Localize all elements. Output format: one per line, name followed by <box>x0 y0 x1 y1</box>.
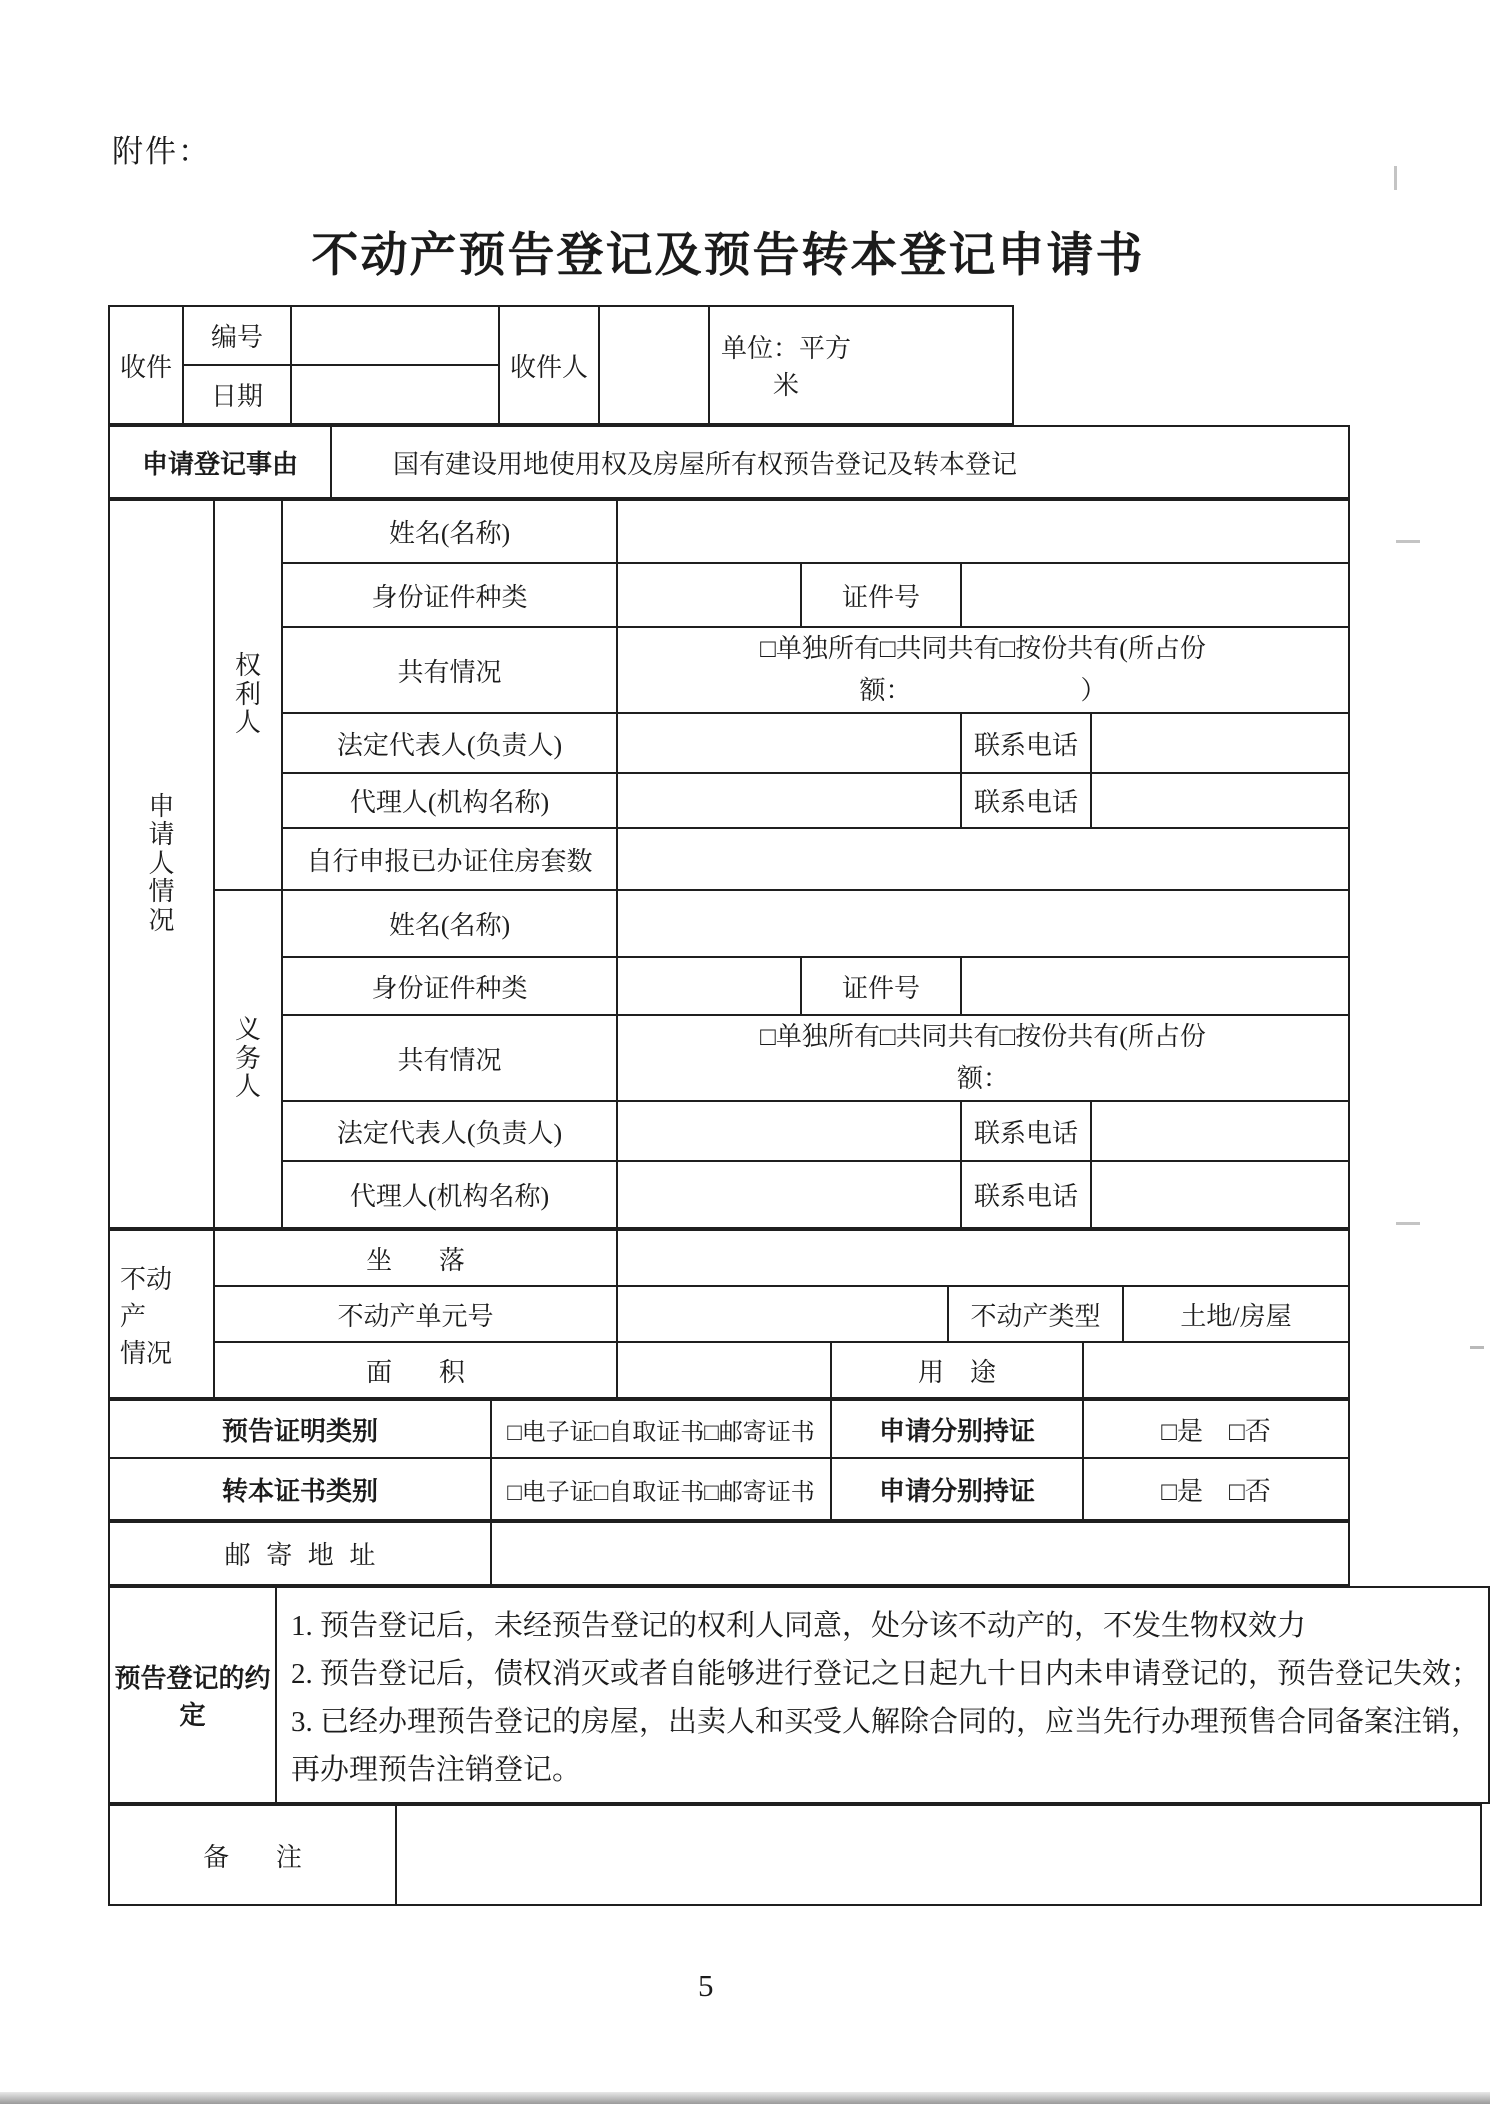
obligor-chars: 义 务 人 <box>215 1016 281 1102</box>
number-field <box>291 306 499 365</box>
attachment-label: 附件： <box>112 126 211 171</box>
transfer-cert-type-label: 转本证书类别 <box>109 1458 491 1520</box>
applicant-side-label: 申 请 人 情 况 <box>109 500 214 1228</box>
transfer-cert-options: □电子证□自取证书□邮寄证书 <box>491 1458 831 1520</box>
transfer-hold-separately-label: 申请分别持证 <box>831 1458 1083 1520</box>
notice-cert-type-label: 预告证明类别 <box>109 1400 491 1458</box>
estate-type-label: 不动产类型 <box>948 1286 1123 1342</box>
share-line2: 额： <box>618 1058 1348 1100</box>
scanner-edge-artifact <box>0 2092 1490 2104</box>
side-char: 情 <box>148 878 174 907</box>
recipient-field <box>599 306 709 424</box>
application-form: 收件 编号 收件人 单位：平方米 日期 申请登记事由 国有建设用地使用权及房屋所… <box>108 305 1490 1906</box>
side-char: 人 <box>235 1073 261 1102</box>
rights-agent-label: 代理人(机构名称) <box>282 773 617 828</box>
rights-phone-field <box>1091 713 1349 773</box>
rights-share-options: □单独所有□共同共有□按份共有(所占份 额： ） <box>617 627 1349 713</box>
agreement-line: 2. 预告登记后，债权消灭或者自能够进行登记之日起九十日内未申请登记的，预告登记… <box>291 1650 1480 1698</box>
estate-side-label: 不动 产 情况 <box>109 1230 214 1398</box>
rights-name-field <box>617 500 1349 563</box>
estate-table: 不动 产 情况 坐落 不动产单元号 不动产类型 土地/房屋 面积 用途 <box>108 1229 1350 1399</box>
rights-agent-phone-field <box>1091 773 1349 828</box>
obligor-agent-phone-label: 联系电话 <box>961 1161 1091 1228</box>
agreement-line: 3. 已经办理预告登记的房屋，出卖人和买受人解除合同的，应当先行办理预售合同备案… <box>291 1698 1480 1746</box>
unit-no-label: 不动产单元号 <box>214 1286 617 1342</box>
rights-id-no-field <box>961 563 1349 627</box>
rights-agent-phone-label: 联系电话 <box>961 773 1091 828</box>
side-char: 人 <box>148 850 174 879</box>
receive-label: 收件 <box>109 306 183 424</box>
self-report-label: 自行申报已办证住房套数 <box>282 828 617 890</box>
mail-address-label: 邮寄地址 <box>109 1522 491 1585</box>
obligor-label: 义 务 人 <box>214 890 282 1228</box>
rights-name-label: 姓名(名称) <box>282 500 617 563</box>
rights-id-type-field <box>617 563 801 627</box>
rights-id-no-label: 证件号 <box>801 563 961 627</box>
area-label: 面积 <box>214 1342 617 1398</box>
scan-artifact <box>1394 166 1397 190</box>
obligor-id-type-field <box>617 957 801 1015</box>
scan-artifact <box>1470 1346 1484 1349</box>
location-field <box>617 1230 1349 1286</box>
obligor-id-no-label: 证件号 <box>801 957 961 1015</box>
date-label: 日期 <box>183 365 291 424</box>
share-line1: □单独所有□共同共有□按份共有(所占份 <box>618 1016 1348 1058</box>
rights-holder-chars: 权 利 人 <box>215 652 281 738</box>
agreement-table: 预告登记的约定 1. 预告登记后，未经预告登记的权利人同意，处分该不动产的，不发… <box>108 1586 1490 1804</box>
agreement-line: 再办理预告注销登记。 <box>291 1746 1480 1794</box>
use-field <box>1083 1342 1349 1398</box>
obligor-agent-phone-field <box>1091 1161 1349 1228</box>
page-number: 5 <box>698 1968 714 2004</box>
rights-legal-rep-label: 法定代表人(负责人) <box>282 713 617 773</box>
self-report-field <box>617 828 1349 890</box>
unit-note: 单位：平方米 <box>709 306 1013 424</box>
obligor-legal-rep-label: 法定代表人(负责人) <box>282 1101 617 1161</box>
side-line: 情况 <box>120 1333 172 1370</box>
use-label: 用途 <box>831 1342 1083 1398</box>
page-title: 不动产预告登记及预告转本登记申请书 <box>108 218 1348 285</box>
receipt-table: 收件 编号 收件人 单位：平方米 日期 <box>108 305 1014 425</box>
mail-address-field <box>491 1522 1349 1585</box>
agreement-text: 1. 预告登记后，未经预告登记的权利人同意，处分该不动产的，不发生物权效力 2.… <box>276 1587 1489 1803</box>
number-label: 编号 <box>183 306 291 365</box>
rights-agent-field <box>617 773 961 828</box>
side-char: 况 <box>148 907 174 936</box>
scan-artifact <box>1396 540 1420 543</box>
rights-holder-label: 权 利 人 <box>214 500 282 890</box>
rights-phone-label: 联系电话 <box>961 713 1091 773</box>
rights-legal-rep-field <box>617 713 961 773</box>
reason-table: 申请登记事由 国有建设用地使用权及房屋所有权预告登记及转本登记 <box>108 425 1350 499</box>
unit-no-field <box>617 1286 948 1342</box>
estate-side-lines: 不动 产 情况 <box>110 1259 213 1370</box>
rights-id-type-label: 身份证件种类 <box>282 563 617 627</box>
location-label: 坐落 <box>214 1230 617 1286</box>
obligor-share-label: 共有情况 <box>282 1015 617 1101</box>
reason-value: 国有建设用地使用权及房屋所有权预告登记及转本登记 <box>331 426 1349 498</box>
scan-artifact <box>1396 1222 1420 1225</box>
obligor-id-type-label: 身份证件种类 <box>282 957 617 1015</box>
share-line2: 额： ） <box>618 670 1348 712</box>
side-line: 不动 <box>120 1259 172 1296</box>
area-field <box>617 1342 831 1398</box>
applicant-side-chars: 申 请 人 情 况 <box>110 793 213 936</box>
obligor-name-label: 姓名(名称) <box>282 890 617 957</box>
obligor-agent-field <box>617 1161 961 1228</box>
side-char: 权 <box>235 652 261 681</box>
certificate-table: 预告证明类别 □电子证□自取证书□邮寄证书 申请分别持证 □是 □否 转本证书类… <box>108 1399 1350 1521</box>
agreement-line: 1. 预告登记后，未经预告登记的权利人同意，处分该不动产的，不发生物权效力 <box>291 1602 1480 1650</box>
side-char: 利 <box>235 681 261 710</box>
notice-hold-separately-label: 申请分别持证 <box>831 1400 1083 1458</box>
remarks-field <box>396 1805 1481 1905</box>
date-field <box>291 365 499 424</box>
recipient-label: 收件人 <box>499 306 599 424</box>
side-line: 产 <box>120 1296 146 1333</box>
mail-table: 邮寄地址 <box>108 1521 1350 1586</box>
applicant-table: 申 请 人 情 况 权 利 人 姓名(名称) 身份证件种类 证件号 <box>108 499 1350 1229</box>
notice-cert-options: □电子证□自取证书□邮寄证书 <box>491 1400 831 1458</box>
side-char: 申 <box>148 793 174 822</box>
notice-yes-no-options: □是 □否 <box>1083 1400 1349 1458</box>
rights-share-label: 共有情况 <box>282 627 617 713</box>
reason-label: 申请登记事由 <box>109 426 331 498</box>
remarks-label: 备注 <box>109 1805 396 1905</box>
obligor-phone-label: 联系电话 <box>961 1101 1091 1161</box>
obligor-name-field <box>617 890 1349 957</box>
obligor-phone-field <box>1091 1101 1349 1161</box>
agreement-label: 预告登记的约定 <box>109 1587 276 1803</box>
estate-type-value: 土地/房屋 <box>1123 1286 1349 1342</box>
obligor-agent-label: 代理人(机构名称) <box>282 1161 617 1228</box>
share-line1: □单独所有□共同共有□按份共有(所占份 <box>618 628 1348 670</box>
obligor-legal-rep-field <box>617 1101 961 1161</box>
obligor-share-options: □单独所有□共同共有□按份共有(所占份 额： <box>617 1015 1349 1101</box>
side-char: 义 <box>235 1016 261 1045</box>
remarks-table: 备注 <box>108 1804 1482 1906</box>
obligor-id-no-field <box>961 957 1349 1015</box>
side-char: 务 <box>235 1045 261 1074</box>
side-char: 请 <box>148 821 174 850</box>
transfer-yes-no-options: □是 □否 <box>1083 1458 1349 1520</box>
side-char: 人 <box>235 709 261 738</box>
